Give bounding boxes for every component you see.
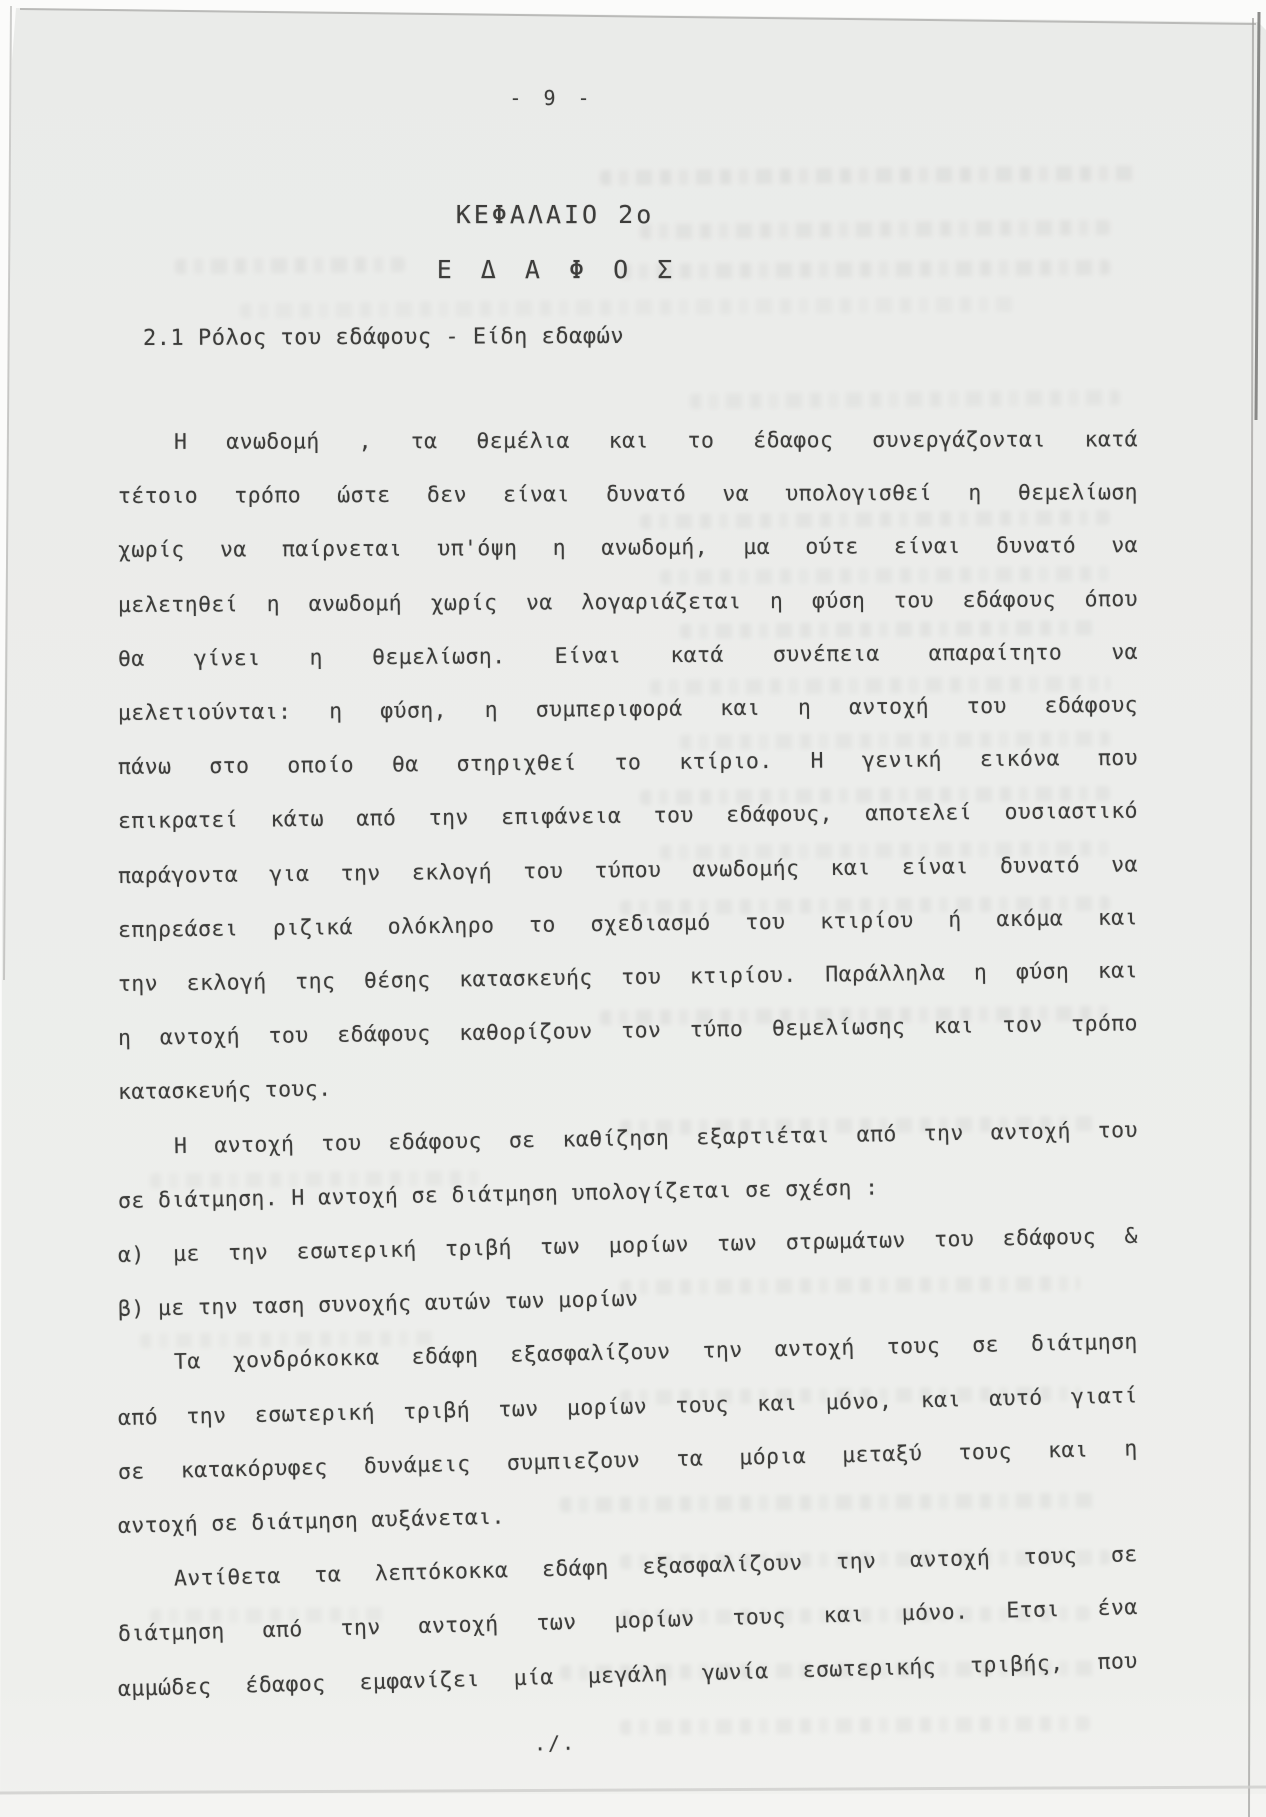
page-number: - 9 - [0, 86, 1104, 110]
text-line: η αντοχή του εδάφους καθορίζουν τον τύπο… [118, 1011, 1138, 1051]
scan-bottom-edge [0, 1794, 1266, 1817]
text-line: επικρατεί κάτω από την επιφάνεια του εδά… [118, 799, 1138, 834]
text-line: μελετηθεί η ανωδομή χωρίς να λογαριάζετα… [118, 587, 1138, 618]
text-line: παράγοντα για την εκλογή του τύπου ανωδο… [118, 853, 1138, 889]
text-line: Τα χονδρόκοκκα εδάφη εξασφαλίζουν την αν… [118, 1330, 1138, 1376]
text-line: σε κατακόρυφες δυνάμεις συμπιεζουν τα μό… [118, 1436, 1138, 1485]
chapter-heading: ΚΕΦΑΛΑΙΟ 2ο [0, 200, 1110, 229]
section-heading: 2.1 Ρόλος του εδάφους - Είδη εδαφών [143, 324, 624, 351]
text-line: Η αντοχή του εδάφους σε καθίζηση εξαρτιέ… [118, 1118, 1138, 1160]
text-line: θα γίνει η θεμελίωση. Είναι κατά συνέπει… [118, 640, 1138, 672]
text-line: μελετιούνται: η φύση, η συμπεριφορά και … [118, 693, 1138, 726]
text-line: β) με την ταση συνοχής αυτών των μορίων [118, 1277, 1138, 1322]
text-line: Η ανωδομή , τα θεμέλια και το έδαφος συν… [118, 427, 1138, 455]
text-line: κατασκευής τους. [118, 1064, 1138, 1105]
text-line: α) με την εσωτερική τριβή των μορίων των… [118, 1224, 1138, 1268]
text-line: χωρίς να παίρνεται υπ'όψη η ανωδομή, μα … [118, 533, 1138, 563]
text-line: πάνω στο οποίο θα στηριχθεί το κτίριο. Η… [118, 746, 1138, 780]
scanned-document-page: { "colors": { "paper": "#ecedeb", "ink":… [0, 0, 1266, 1817]
text-line: αμμώδες έδαφος εμφανίζει μία μεγάλη γωνί… [118, 1649, 1138, 1702]
text-line: σε διάτμηση. Η αντοχή σε διάτμηση υπολογ… [118, 1171, 1138, 1214]
text-line: αντοχή σε διάτμηση αυξάνεται. [118, 1489, 1138, 1539]
text-line: την εκλογή της θέσης κατασκευής του κτιρ… [118, 958, 1138, 997]
text-line: από την εσωτερική τριβή των μορίων τους … [118, 1383, 1138, 1431]
chapter-title: Ε Δ Α Φ Ο Σ [0, 255, 1116, 284]
text-line: επηρεάσει ριζικά ολόκληρο το σχεδιασμό τ… [118, 905, 1138, 943]
text-line: διάτμηση από την αντοχή των μορίων τους … [118, 1595, 1138, 1647]
body-lines: Η ανωδομή , τα θεμέλια και το έδαφος συν… [118, 430, 1138, 1750]
text-line: Αντίθετα τα λεπτόκοκκα εδάφη εξασφαλίζου… [118, 1542, 1138, 1593]
text-line: τέτοιο τρόπο ώστε δεν είναι δυνατό να υπ… [118, 480, 1138, 509]
